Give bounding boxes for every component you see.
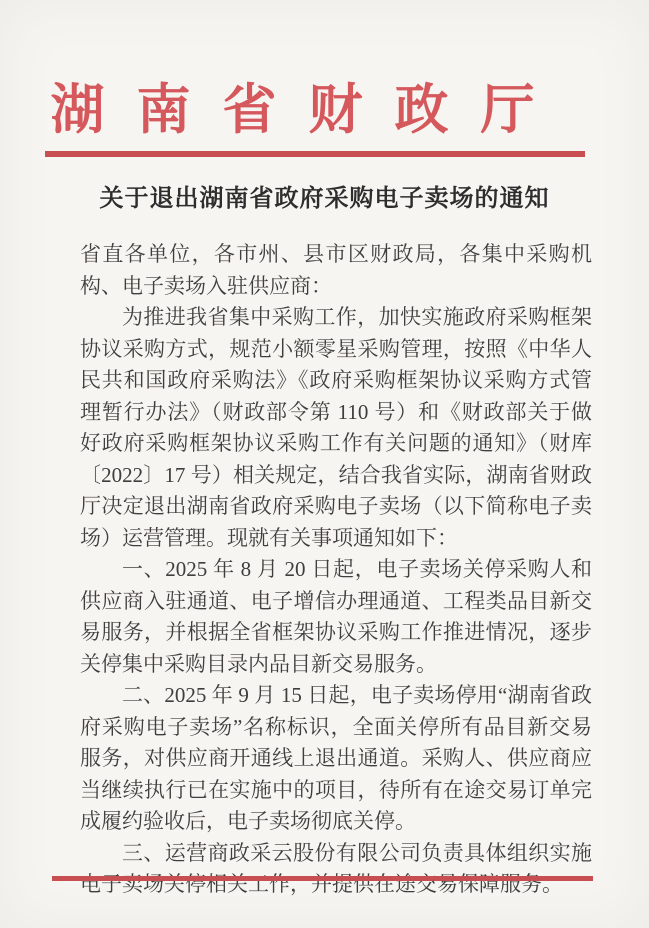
salutation-line: 省直各单位，各市州、县市区财政局，各集中采购机构、电子卖场入驻供应商： [80, 239, 592, 302]
paragraph-intro: 为推进我省集中采购工作，加快实施政府采购框架协议采购方式，规范小额零星采购管理，… [80, 302, 592, 554]
footer-rule [52, 876, 593, 881]
letterhead-org-name: 湖南省财政厅 [0, 74, 633, 146]
paragraph-item-3: 三、运营商政采云股份有限公司负责具体组织实施电子卖场关停相关工作，并提供在途交易… [80, 838, 592, 901]
paragraph-item-1: 一、2025 年 8 月 20 日起，电子卖场关停采购人和供应商入驻通道、电子增… [80, 554, 592, 680]
document-body: 省直各单位，各市州、县市区财政局，各集中采购机构、电子卖场入驻供应商： 为推进我… [80, 239, 592, 901]
scanned-notice-page: 湖南省财政厅 关于退出湖南省政府采购电子卖场的通知 省直各单位，各市州、县市区财… [0, 0, 649, 928]
letterhead-rule [45, 151, 585, 157]
document-title: 关于退出湖南省政府采购电子卖场的通知 [0, 184, 649, 214]
paragraph-item-2: 二、2025 年 9 月 15 日起，电子卖场停用“湖南省政府采购电子卖场”名称… [80, 680, 592, 838]
